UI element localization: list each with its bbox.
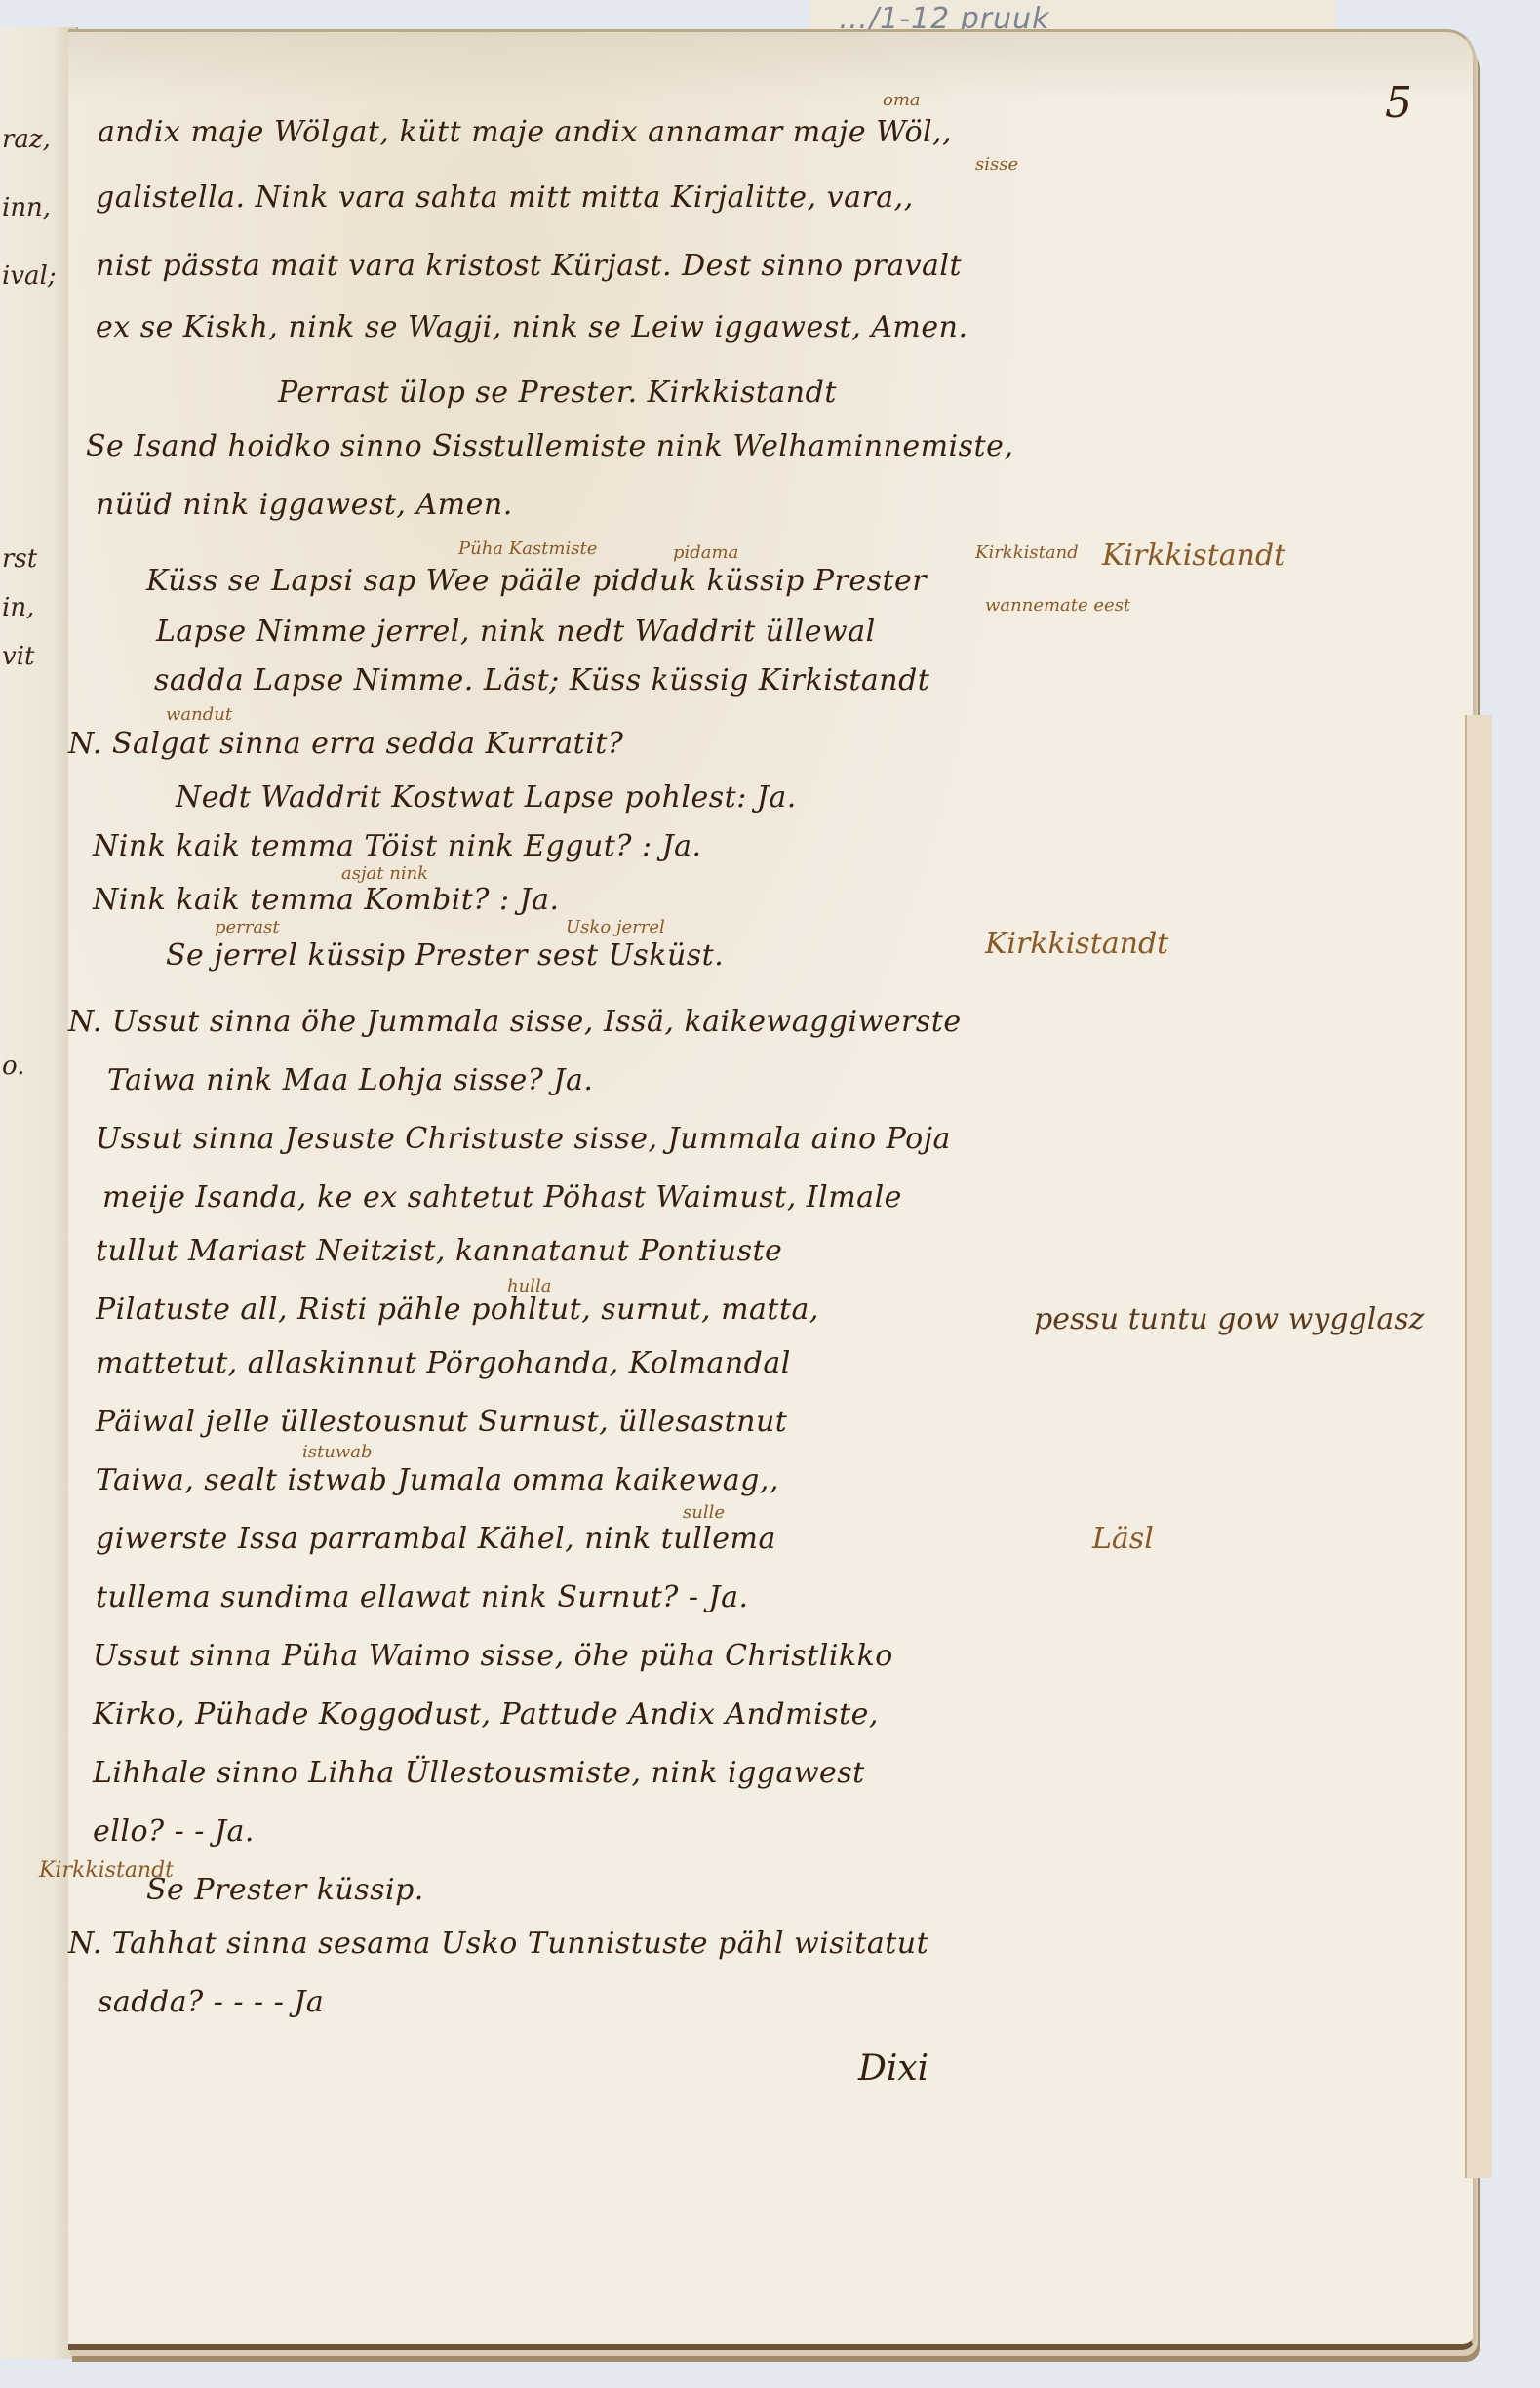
interlinear-insertion: hulla bbox=[507, 1276, 551, 1296]
interlinear-insertion: Usko jerrel bbox=[566, 917, 665, 937]
answer-line: Nink kaik temma Kombit? : Ja. bbox=[93, 883, 560, 917]
manuscript-line: Küss se Lapsi sap Wee pääle pidduk küssi… bbox=[146, 564, 927, 598]
manuscript-line: ex se Kiskh, nink se Wagji, nink se Leiw… bbox=[96, 310, 967, 344]
manuscript-line: Ussut sinna Jesuste Christuste sisse, Ju… bbox=[96, 1122, 951, 1156]
margin-note: Läsl bbox=[1092, 1522, 1154, 1556]
interlinear-insertion: sulle bbox=[683, 1502, 725, 1523]
manuscript-line: Kirko, Pühade Koggodust, Pattude Andix A… bbox=[93, 1697, 879, 1731]
manuscript-line: sadda Lapse Nimme. Läst; Küss küssig Kir… bbox=[154, 663, 929, 697]
interlinear-insertion: wannemate eest bbox=[985, 595, 1130, 616]
answer-line: Nink kaik temma Töist nink Eggut? : Ja. bbox=[93, 829, 702, 863]
margin-note: Kirkkistandt bbox=[1102, 538, 1285, 573]
interlinear-insertion: pidama bbox=[673, 542, 738, 563]
manuscript-line: Ussut sinna Püha Waimo sisse, öhe püha C… bbox=[93, 1639, 893, 1673]
interlinear-insertion: asjat nink bbox=[341, 863, 428, 884]
margin-note: Kirkkistandt bbox=[985, 927, 1168, 961]
interlinear-insertion: istuwab bbox=[302, 1442, 372, 1462]
facing-page-fragment: raz, bbox=[2, 125, 51, 154]
manuscript-line: Lihhale sinno Lihha Üllestousmiste, nink… bbox=[93, 1756, 865, 1790]
manuscript-line: ello? - - Ja. bbox=[93, 1814, 255, 1849]
manuscript-line: Lapse Nimme jerrel, nink nedt Waddrit ül… bbox=[156, 615, 876, 649]
interlinear-insertion: perrast bbox=[215, 917, 280, 937]
manuscript-line: andix maje Wölgat, kütt maje andix annam… bbox=[98, 115, 952, 149]
manuscript-line: nist pässta mait vara kristost Kürjast. … bbox=[96, 249, 962, 283]
interlinear-insertion: oma bbox=[883, 90, 921, 110]
interlinear-insertion: Püha Kastmiste bbox=[458, 538, 597, 559]
facing-page-fragment: ival; bbox=[2, 261, 57, 291]
manuscript-line: Se Isand hoidko sinno Sisstullemiste nin… bbox=[86, 429, 1013, 463]
facing-page-edge: raz, inn, ival; rst in, vit o. bbox=[0, 27, 78, 2359]
manuscript-line: Päiwal jelle üllestousnut Surnust, ülles… bbox=[96, 1405, 787, 1439]
manuscript-line: mattetut, allaskinnut Pörgohanda, Kolman… bbox=[96, 1346, 791, 1380]
answer-line: Nedt Waddrit Kostwat Lapse pohlest: Ja. bbox=[176, 780, 797, 815]
facing-page-fragment: rst bbox=[2, 544, 37, 574]
question-line: N. Salgat sinna erra sedda Kurratit? bbox=[68, 727, 623, 761]
manuscript-line: meije Isanda, ke ex sahtetut Pöhast Waim… bbox=[102, 1180, 902, 1214]
manuscript-line: Taiwa, sealt istwab Jumala omma kaikewag… bbox=[96, 1463, 779, 1497]
manuscript-line: nüüd nink iggawest, Amen. bbox=[96, 488, 513, 522]
manuscript-line: Pilatuste all, Risti pähle pohltut, surn… bbox=[96, 1293, 819, 1327]
facing-page-fragment: in, bbox=[2, 593, 34, 622]
facing-page-fragment: o. bbox=[2, 1052, 24, 1081]
manuscript-line: tullut Mariast Neitzist, kannatanut Pont… bbox=[96, 1234, 782, 1268]
facing-page-fragment: vit bbox=[2, 642, 34, 671]
margin-note: Kirkkistandt bbox=[39, 1858, 174, 1883]
manuscript-line: Se jerrel küssip Prester sest Usküst. bbox=[166, 938, 724, 973]
interlinear-insertion: wandut bbox=[166, 704, 232, 725]
margin-note: pessu tuntu gow wygglasz bbox=[1034, 1302, 1424, 1336]
manuscript-line: giwerste Issa parrambal Kähel, nink tull… bbox=[96, 1522, 776, 1556]
signature: Dixi bbox=[858, 2049, 928, 2089]
section-heading-line: Perrast ülop se Prester. Kirkkistandt bbox=[278, 376, 837, 410]
facing-page-fragment: inn, bbox=[2, 193, 51, 222]
manuscript-line: Taiwa nink Maa Lohja sisse? Ja. bbox=[107, 1063, 593, 1097]
interlinear-insertion: sisse bbox=[975, 154, 1018, 175]
manuscript-line: Se Prester küssip. bbox=[146, 1873, 424, 1907]
manuscript-line: galistella. Nink vara sahta mitt mitta K… bbox=[96, 180, 914, 215]
manuscript-line: tullema sundima ellawat nink Surnut? - J… bbox=[96, 1580, 749, 1614]
page-torn-edge bbox=[1465, 715, 1492, 2178]
question-line: N. Tahhat sinna sesama Usko Tunnistuste … bbox=[68, 1927, 928, 1961]
question-line: N. Ussut sinna öhe Jummala sisse, Issä, … bbox=[68, 1005, 962, 1039]
manuscript-line: sadda? - - - - Ja bbox=[98, 1985, 324, 2019]
interlinear-insertion: Kirkkistand bbox=[975, 542, 1079, 563]
page-number: 5 bbox=[1385, 78, 1412, 128]
